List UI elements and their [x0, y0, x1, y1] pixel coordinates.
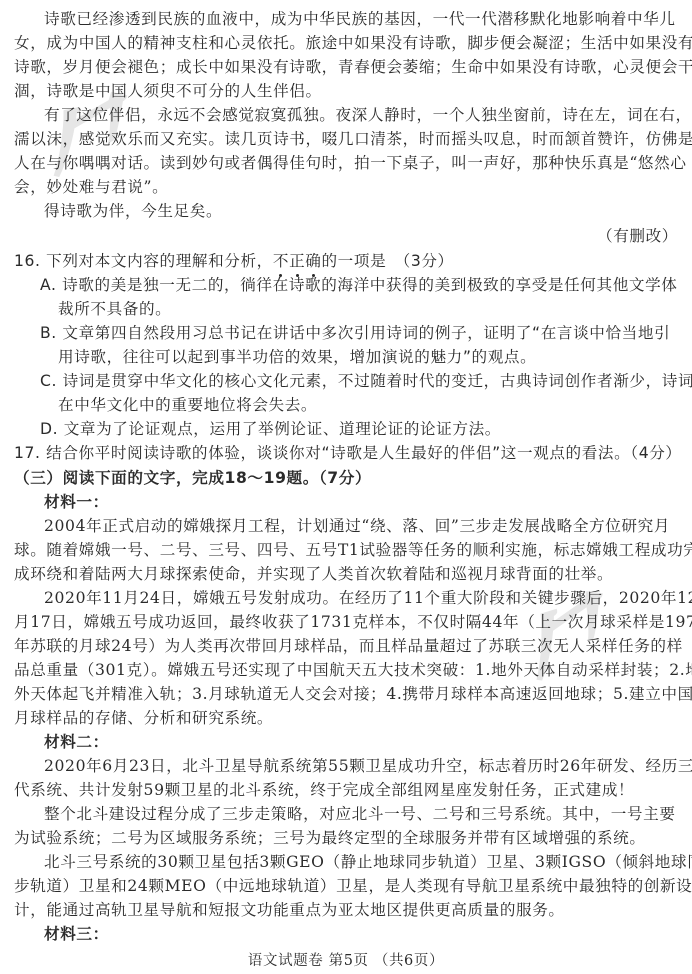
material-line: 2020年11月24日，嫦娥五号发射成功。在经历了11个重大阶段和关键步骤后，2…	[44, 587, 692, 609]
material-line: 球。随着嫦娥一号、二号、三号、四号、五号T1试验器等任务的顺利实施，标志嫦娥工程…	[14, 539, 678, 561]
material-three-title: 材料三：	[44, 923, 692, 945]
material-line: 月球样品的存储、分析和研究系统。	[14, 707, 678, 729]
material-line: 整个北斗建设过程分成了三步走策略，对应北斗一号、二号和三号系统。其中，一号主要	[44, 803, 692, 825]
material-line: 2004年正式启动的嫦娥探月工程，计划通过“绕、落、回”三步走发展战略全方位研究…	[44, 515, 692, 537]
emphasis-char: 正	[289, 250, 305, 272]
option-a-cont: 裁所不具备的。	[58, 298, 692, 320]
material-line: 年苏联的月球24号）为人类再次带回月球样品，而且样品量超过了苏联三次无人采样任务…	[14, 635, 678, 657]
passage-line: 诗歌，岁月便会褪色；成长中如果没有诗歌，青春便会萎缩；生命中如果没有诗歌，心灵便…	[14, 56, 678, 78]
material-line: 外天体起飞并精准入轨；3.月球轨道无人交会对接；4.携带月球样本高速返回地球；5…	[14, 683, 678, 705]
option-a: A. 诗歌的美是独一无二的，徜徉在诗歌的海洋中获得的美到极致的享受是任何其他文学…	[40, 274, 692, 296]
material-line: 步轨道）卫星和24颗MEO（中远地球轨道）卫星，是人类现有导航卫星系统中最独特的…	[14, 875, 678, 897]
passage-line: 涸，诗歌是中国人须臾不可分的人生伴侣。	[14, 80, 678, 102]
material-line: 成环绕和着陆两大月球探索使命，并实现了人类首次软着陆和巡视月球背面的壮举。	[14, 563, 678, 585]
passage-line: 人在与你喁喁对话。读到妙句或者偶得佳句时，拍一下桌子，叫一声好，那种快乐真是“悠…	[14, 152, 678, 174]
passage-line: 得诗歌为伴，今生足矣。	[44, 200, 692, 222]
material-line: 2020年6月23日，北斗卫星导航系统第55颗卫星成功升空，标志着历时26年研发…	[44, 755, 692, 777]
passage-line: 濡以沫，感觉欢乐而又充实。读几页诗书，啜几口清茶，时而摇头叹息，时而颔首赞许，仿…	[14, 128, 678, 150]
page-footer: 语文试题卷 第5页 （共6页）	[0, 950, 692, 972]
material-line: 代系统、共计发射59颗卫星的北斗系统，终于完成全部组网星座发射任务，正式建成！	[14, 779, 678, 801]
passage-line: 有了这位伴侣，永远不会感觉寂寞孤独。夜深人静时，一个人独坐窗前，诗在左，词在右，…	[44, 104, 692, 126]
material-one-title: 材料一：	[44, 491, 692, 513]
passage-line: 会，妙处难与君说”。	[14, 176, 678, 198]
material-line: 为试验系统；二号为区域服务系统；三号为最终定型的全球服务并带有区域增强的系统。	[14, 827, 678, 849]
section-three-heading: （三）阅读下面的文字，完成18～19题。（7分）	[14, 467, 678, 489]
option-c: C. 诗词是贯穿中华文化的核心文化元素，不过随着时代的变迁，古典诗词创作者渐少，…	[40, 370, 692, 392]
material-line: 计，能通过高轨卫星导航和短报文功能重点为亚太地区提供更高质量的服务。	[14, 899, 678, 921]
question-16-prefix: 16. 下列对本文内容的理解和分析，	[14, 252, 273, 270]
option-b: B. 文章第四自然段用习总书记在讲话中多次引用诗词的例子，证明了“在言谈中恰当地…	[40, 322, 692, 344]
option-d: D. 文章为了论证观点，运用了举例论证、道理论证的论证方法。	[40, 418, 692, 440]
material-two-title: 材料二：	[44, 731, 692, 753]
material-line: 月17日，嫦娥五号成功返回，最终收获了1731克样本，不仅时隔44年（上一次月球…	[14, 611, 678, 633]
question-17: 17. 结合你平时阅读诗歌的体验，谈谈你对“诗歌是人生最好的伴侣”这一观点的看法…	[14, 442, 678, 464]
passage-line: 诗歌已经渗透到民族的血液中，成为中华民族的基因，一代一代潜移默化地影响着中华儿	[44, 8, 692, 30]
option-c-cont: 在中华文化中的重要地位将会失去。	[58, 394, 692, 416]
material-line: 品总重量（301克）。嫦娥五号还实现了中国航天五大技术突破：1.地外天体自动采样…	[14, 659, 678, 681]
exam-page: ⺈ ⺈ 诗歌已经渗透到民族的血液中，成为中华民族的基因，一代一代潜移默化地影响着…	[0, 0, 692, 974]
question-16-suffix: 的一项是 （3分）	[321, 252, 453, 270]
question-16-stem: 16. 下列对本文内容的理解和分析，不正确的一项是 （3分）	[14, 250, 678, 272]
source-note: （有删改）	[597, 225, 678, 247]
emphasis-char: 不	[273, 250, 289, 272]
option-b-cont: 用诗歌，往往可以起到事半功倍的效果，增加演说的魅力”的观点。	[58, 346, 692, 368]
passage-line: 女，成为中国人的精神支柱和心灵依托。旅途中如果没有诗歌，脚步便会凝涩；生活中如果…	[14, 32, 678, 54]
emphasis-char: 确	[305, 250, 321, 272]
material-line: 北斗三号系统的30颗卫星包括3颗GEO（静止地球同步轨道）卫星、3颗IGSO（倾…	[44, 851, 692, 873]
